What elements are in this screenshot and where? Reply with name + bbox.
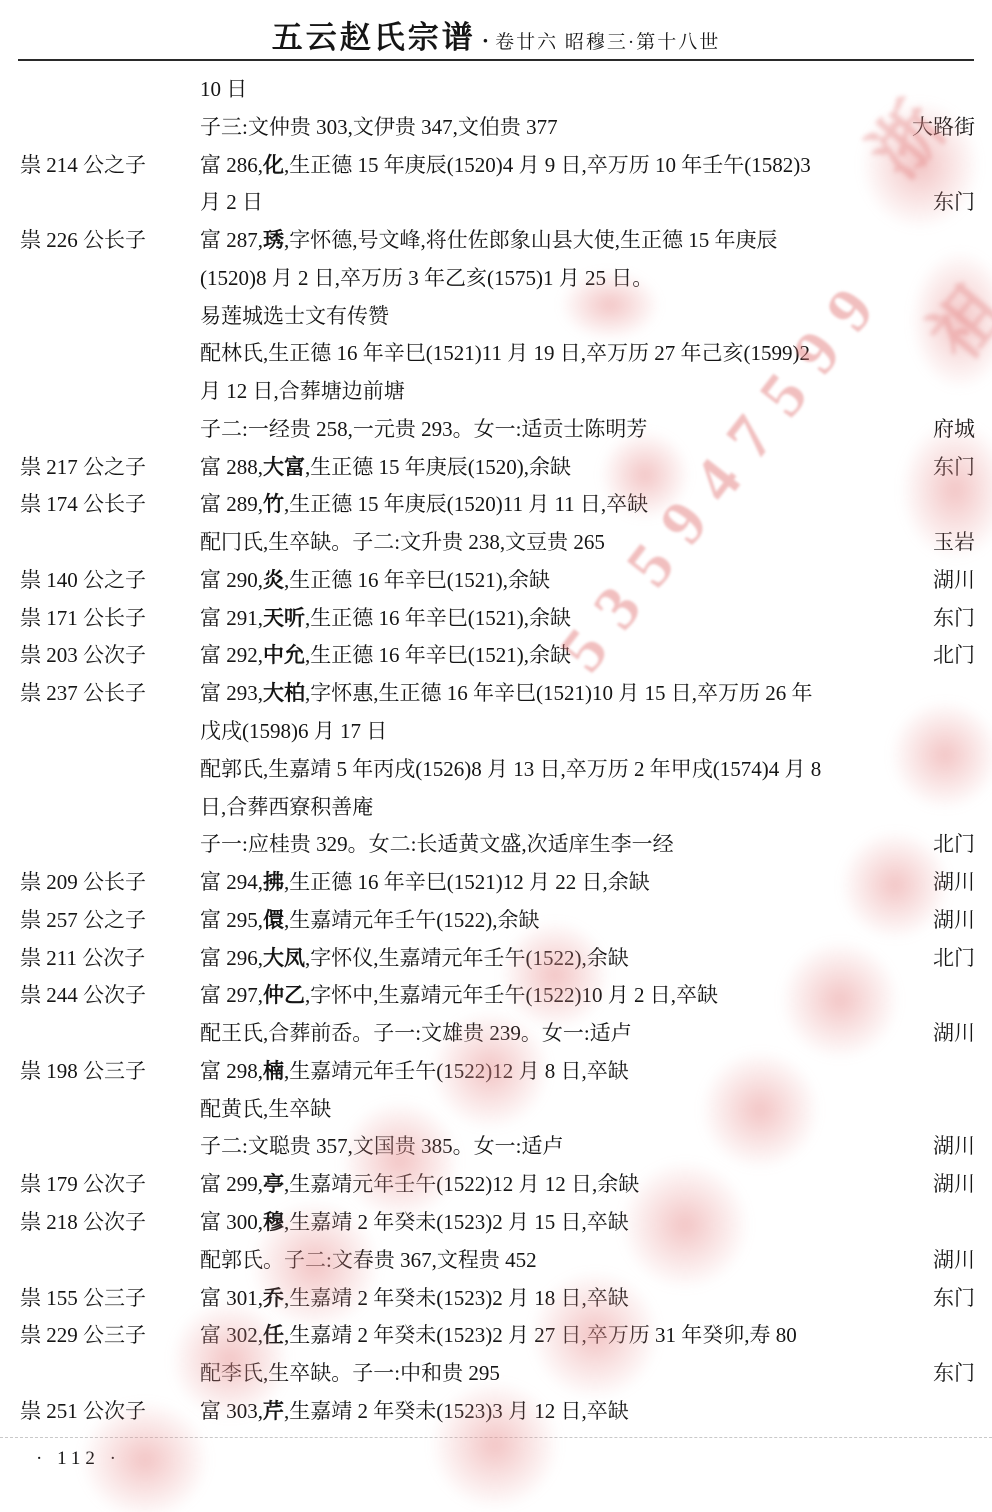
entry-pre: 配林氏,生正德 16 年辛巳(1521)11 月 19 日,卒万历 27 年己亥… [200,341,810,365]
father-ref-label: 祟 229 公三子 [20,1317,146,1355]
person-name: 儇 [263,908,284,932]
entry-text: 富 290,炎,生正德 16 年辛巳(1521),余缺 [200,562,550,600]
person-name: 大凤 [263,946,305,970]
entry-text: 易莲城选士文有传赞 [200,298,389,336]
residence-label: 北门 [933,826,975,864]
entry-pre: 富 300, [200,1210,263,1234]
entry-text: 子一:应桂贵 329。女二:长适黄文盛,次适庠生李一经 [200,826,674,864]
residence-label: 东门 [933,449,975,487]
residence-label: 湖川 [933,864,975,902]
person-name: 化 [263,153,284,177]
entry-text: 富 295,儇,生嘉靖元年壬午(1522),余缺 [200,902,540,940]
person-name: 大柏 [263,681,305,705]
entry-text: (1520)8 月 2 日,卒万历 3 年乙亥(1575)1 月 25 日。 [200,260,653,298]
entry-pre: 富 296, [200,946,263,970]
genealogy-row: 月 12 日,合葬塘边前塘 [0,373,992,411]
entry-pre: 富 302, [200,1323,263,1347]
entry-pre: 富 295, [200,908,263,932]
entry-post: ,生正德 15 年庚辰(1520)4 月 9 日,卒万历 10 年壬午(1582… [284,153,811,177]
entry-pre: (1520)8 月 2 日,卒万历 3 年乙亥(1575)1 月 25 日。 [200,266,653,290]
genealogy-row: 祟 217 公之子 富 288,大富,生正德 15 年庚辰(1520),余缺 东… [0,449,992,487]
father-ref-label: 祟 251 公次子 [20,1393,146,1431]
entry-post: ,生正德 16 年辛巳(1521),余缺 [284,568,550,592]
entry-post: ,生嘉靖元年壬午(1522),余缺 [284,908,540,932]
genealogy-row: 配王氏,合葬前岙。子一:文雄贵 239。女一:适卢 湖川 [0,1015,992,1053]
entry-pre: 富 301, [200,1286,263,1310]
residence-label: 湖川 [933,902,975,940]
person-name: 竹 [263,492,284,516]
entry-post: ,字怀中,生嘉靖元年壬午(1522)10 月 2 日,卒缺 [305,983,718,1007]
genealogy-row: 祟 257 公之子 富 295,儇,生嘉靖元年壬午(1522),余缺 湖川 [0,902,992,940]
genealogy-row: 祟 174 公长子 富 289,竹,生正德 15 年庚辰(1520)11 月 1… [0,486,992,524]
residence-label: 湖川 [933,1015,975,1053]
entry-pre: 配李氏,生卒缺。子一:中和贵 295 [200,1361,500,1385]
entry-text: 月 2 日 [200,184,263,222]
entry-post: ,生正德 15 年庚辰(1520),余缺 [305,455,571,479]
entry-text: 配王氏,合葬前岙。子一:文雄贵 239。女一:适卢 [200,1015,632,1053]
entry-pre: 10 日 [200,77,247,101]
genealogy-row: 祟 198 公三子 富 298,楠,生嘉靖元年壬午(1522)12 月 8 日,… [0,1053,992,1091]
genealogy-row: 配李氏,生卒缺。子一:中和贵 295 东门 [0,1355,992,1393]
entry-text: 配黄氏,生卒缺 [200,1091,331,1129]
person-name: 亭 [263,1172,284,1196]
entry-pre: 富 290, [200,568,263,592]
genealogy-row: 配郭氏。子二:文春贵 367,文程贵 452 湖川 [0,1242,992,1280]
book-title: 五云赵氏宗谱 [272,20,476,55]
entry-post: ,生正德 15 年庚辰(1520)11 月 11 日,卒缺 [284,492,648,516]
entry-pre: 富 297, [200,983,263,1007]
genealogy-row: 祟 171 公长子 富 291,天听,生正德 16 年辛巳(1521),余缺 东… [0,600,992,638]
genealogy-row: 祟 251 公次子 富 303,芹,生嘉靖 2 年癸未(1523)3 月 12 … [0,1393,992,1431]
entry-text: 子二:文聪贵 357,文国贵 385。女一:适卢 [200,1128,563,1166]
entry-text: 子二:一经贵 258,一元贵 293。女一:适贡士陈明芳 [200,411,647,449]
entry-post: ,生嘉靖 2 年癸未(1523)3 月 12 日,卒缺 [284,1399,629,1423]
entry-pre: 配郭氏,生嘉靖 5 年丙戌(1526)8 月 13 日,卒万历 2 年甲戌(15… [200,757,821,781]
father-ref-label: 祟 179 公次子 [20,1166,146,1204]
entry-post: ,生正德 16 年辛巳(1521)12 月 22 日,余缺 [284,870,650,894]
genealogy-row: 祟 179 公次子 富 299,亭,生嘉靖元年壬午(1522)12 月 12 日… [0,1166,992,1204]
person-name: 炎 [263,568,284,592]
residence-label: 玉岩 [933,524,975,562]
genealogy-row: 子三:文仲贵 303,文伊贵 347,文伯贵 377 大路街 [0,109,992,147]
father-ref-label: 祟 217 公之子 [20,449,146,487]
genealogy-row: 子二:文聪贵 357,文国贵 385。女一:适卢 湖川 [0,1128,992,1166]
genealogy-row: 祟 209 公长子 富 294,拂,生正德 16 年辛巳(1521)12 月 2… [0,864,992,902]
entry-text: 月 12 日,合葬塘边前塘 [200,373,405,411]
entry-text: 富 289,竹,生正德 15 年庚辰(1520)11 月 11 日,卒缺 [200,486,648,524]
person-name: 任 [263,1323,284,1347]
entry-text: 富 303,芹,生嘉靖 2 年癸未(1523)3 月 12 日,卒缺 [200,1393,629,1431]
entry-text: 富 288,大富,生正德 15 年庚辰(1520),余缺 [200,449,571,487]
residence-label: 东门 [933,184,975,222]
genealogy-row: 祟 155 公三子 富 301,乔,生嘉靖 2 年癸未(1523)2 月 18 … [0,1280,992,1318]
header-rule [18,59,974,61]
person-name: 天听 [263,606,305,630]
person-name: 仲乙 [263,983,305,1007]
genealogy-row: 祟 211 公次子 富 296,大凤,字怀仪,生嘉靖元年壬午(1522),余缺 … [0,940,992,978]
entry-post: ,生嘉靖元年壬午(1522)12 月 12 日,余缺 [284,1172,639,1196]
entry-pre: 配王氏,合葬前岙。子一:文雄贵 239。女一:适卢 [200,1021,632,1045]
entry-text: 富 297,仲乙,字怀中,生嘉靖元年壬午(1522)10 月 2 日,卒缺 [200,977,718,1015]
father-ref-label: 祟 198 公三子 [20,1053,146,1091]
person-name: 穆 [263,1210,284,1234]
entry-text: 富 299,亭,生嘉靖元年壬午(1522)12 月 12 日,余缺 [200,1166,639,1204]
person-name: 芹 [263,1399,284,1423]
genealogy-row: 祟 140 公之子 富 290,炎,生正德 16 年辛巳(1521),余缺 湖川 [0,562,992,600]
entry-pre: 配郭氏。子二:文春贵 367,文程贵 452 [200,1248,537,1272]
person-name: 大富 [263,455,305,479]
entry-text: 富 286,化,生正德 15 年庚辰(1520)4 月 9 日,卒万历 10 年… [200,147,811,185]
residence-label: 东门 [933,1280,975,1318]
page-header: 五云赵氏宗谱·卷廿六 昭穆三·第十八世 [0,12,992,57]
entry-post: ,生嘉靖 2 年癸未(1523)2 月 15 日,卒缺 [284,1210,629,1234]
father-ref-label: 祟 237 公长子 [20,675,146,713]
entry-text: 戊戌(1598)6 月 17 日 [200,713,387,751]
entry-text: 富 294,拂,生正德 16 年辛巳(1521)12 月 22 日,余缺 [200,864,650,902]
father-ref-label: 祟 171 公长子 [20,600,146,638]
residence-label: 东门 [933,600,975,638]
entry-pre: 富 287, [200,228,263,252]
entry-post: ,生嘉靖元年壬午(1522)12 月 8 日,卒缺 [284,1059,629,1083]
genealogy-row: 祟 237 公长子 富 293,大柏,字怀惠,生正德 16 年辛巳(1521)1… [0,675,992,713]
entry-pre: 配冂氏,生卒缺。子二:文升贵 238,文豆贵 265 [200,530,605,554]
residence-label: 北门 [933,637,975,675]
genealogy-row: 10 日 [0,71,992,109]
entry-text: 富 291,天听,生正德 16 年辛巳(1521),余缺 [200,600,571,638]
genealogy-row: 配黄氏,生卒缺 [0,1091,992,1129]
father-ref-label: 祟 155 公三子 [20,1280,146,1318]
entry-pre: 子三:文仲贵 303,文伊贵 347,文伯贵 377 [200,115,558,139]
entry-pre: 富 294, [200,870,263,894]
residence-label: 东门 [933,1355,975,1393]
person-name: 拂 [263,870,284,894]
entry-text: 日,合葬西寮积善庵 [200,789,373,827]
genealogy-page: 五云赵氏宗谱·卷廿六 昭穆三·第十八世 10 日 子三:文仲贵 303,文伊贵 … [0,0,992,1512]
entry-text: 配冂氏,生卒缺。子二:文升贵 238,文豆贵 265 [200,524,605,562]
father-ref-label: 祟 211 公次子 [20,940,145,978]
entry-text: 富 287,琇,字怀德,号文峰,将仕佐郎象山县大使,生正德 15 年庚辰 [200,222,778,260]
person-name: 楠 [263,1059,284,1083]
entry-pre: 月 12 日,合葬塘边前塘 [200,379,405,403]
entry-pre: 富 291, [200,606,263,630]
rows: 10 日 子三:文仲贵 303,文伊贵 347,文伯贵 377 大路街 祟 21… [0,71,992,1431]
entry-pre: 富 292, [200,643,263,667]
entry-text: 配林氏,生正德 16 年辛巳(1521)11 月 19 日,卒万历 27 年己亥… [200,335,810,373]
father-ref-label: 祟 214 公之子 [20,147,146,185]
genealogy-row: 易莲城选士文有传赞 [0,298,992,336]
entry-pre: 配黄氏,生卒缺 [200,1097,331,1121]
entry-pre: 日,合葬西寮积善庵 [200,795,373,819]
entry-text: 配李氏,生卒缺。子一:中和贵 295 [200,1355,500,1393]
father-ref-label: 祟 226 公长子 [20,222,146,260]
entry-post: ,字怀惠,生正德 16 年辛巳(1521)10 月 15 日,卒万历 26 年 [305,681,813,705]
genealogy-row: 祟 226 公长子 富 287,琇,字怀德,号文峰,将仕佐郎象山县大使,生正德 … [0,222,992,260]
person-name: 中允 [263,643,305,667]
entry-text: 子三:文仲贵 303,文伊贵 347,文伯贵 377 [200,109,558,147]
entry-text: 富 302,任,生嘉靖 2 年癸未(1523)2 月 27 日,卒万历 31 年… [200,1317,797,1355]
entry-pre: 富 286, [200,153,263,177]
residence-label: 湖川 [933,1128,975,1166]
entry-post: ,字怀仪,生嘉靖元年壬午(1522),余缺 [305,946,629,970]
entry-text: 富 293,大柏,字怀惠,生正德 16 年辛巳(1521)10 月 15 日,卒… [200,675,813,713]
entry-post: ,字怀德,号文峰,将仕佐郎象山县大使,生正德 15 年庚辰 [284,228,778,252]
entry-text: 10 日 [200,71,247,109]
entry-pre: 富 289, [200,492,263,516]
father-ref-label: 祟 203 公次子 [20,637,146,675]
father-ref-label: 祟 140 公之子 [20,562,146,600]
residence-label: 湖川 [933,1166,975,1204]
genealogy-row: 子一:应桂贵 329。女二:长适黄文盛,次适庠生李一经 北门 [0,826,992,864]
father-ref-label: 祟 209 公长子 [20,864,146,902]
residence-label: 大路街 [912,109,975,147]
genealogy-row: 祟 203 公次子 富 292,中允,生正德 16 年辛巳(1521),余缺 北… [0,637,992,675]
residence-label: 湖川 [933,562,975,600]
genealogy-row: 祟 229 公三子 富 302,任,生嘉靖 2 年癸未(1523)2 月 27 … [0,1317,992,1355]
genealogy-row: 配冂氏,生卒缺。子二:文升贵 238,文豆贵 265 玉岩 [0,524,992,562]
entry-pre: 月 2 日 [200,190,263,214]
entry-text: 配郭氏。子二:文春贵 367,文程贵 452 [200,1242,537,1280]
entry-pre: 富 303, [200,1399,263,1423]
entry-pre: 子二:一经贵 258,一元贵 293。女一:适贡士陈明芳 [200,417,647,441]
genealogy-row: 祟 244 公次子 富 297,仲乙,字怀中,生嘉靖元年壬午(1522)10 月… [0,977,992,1015]
entry-post: ,生正德 16 年辛巳(1521),余缺 [305,606,571,630]
entry-text: 富 300,穆,生嘉靖 2 年癸未(1523)2 月 15 日,卒缺 [200,1204,629,1242]
entry-pre: 戊戌(1598)6 月 17 日 [200,719,387,743]
entry-text: 富 301,乔,生嘉靖 2 年癸未(1523)2 月 18 日,卒缺 [200,1280,629,1318]
entry-pre: 子一:应桂贵 329。女二:长适黄文盛,次适庠生李一经 [200,832,674,856]
genealogy-row: 配郭氏,生嘉靖 5 年丙戌(1526)8 月 13 日,卒万历 2 年甲戌(15… [0,751,992,789]
entry-pre: 子二:文聪贵 357,文国贵 385。女一:适卢 [200,1134,563,1158]
residence-label: 府城 [933,411,975,449]
volume-subtitle: 卷廿六 昭穆三·第十八世 [495,32,720,53]
father-ref-label: 祟 244 公次子 [20,977,146,1015]
page-number: · 112 · [36,1448,121,1470]
entry-post: ,生嘉靖 2 年癸未(1523)2 月 27 日,卒万历 31 年癸卯,寿 80 [284,1323,797,1347]
genealogy-row: 祟 218 公次子 富 300,穆,生嘉靖 2 年癸未(1523)2 月 15 … [0,1204,992,1242]
title-separator-dot: · [476,28,495,53]
residence-label: 北门 [933,940,975,978]
entry-text: 富 296,大凤,字怀仪,生嘉靖元年壬午(1522),余缺 [200,940,629,978]
entry-pre: 富 288, [200,455,263,479]
entry-pre: 富 293, [200,681,263,705]
entry-text: 配郭氏,生嘉靖 5 年丙戌(1526)8 月 13 日,卒万历 2 年甲戌(15… [200,751,821,789]
genealogy-row: 配林氏,生正德 16 年辛巳(1521)11 月 19 日,卒万历 27 年己亥… [0,335,992,373]
father-ref-label: 祟 257 公之子 [20,902,146,940]
genealogy-row: (1520)8 月 2 日,卒万历 3 年乙亥(1575)1 月 25 日。 [0,260,992,298]
entry-post: ,生嘉靖 2 年癸未(1523)2 月 18 日,卒缺 [284,1286,629,1310]
genealogy-row: 祟 214 公之子 富 286,化,生正德 15 年庚辰(1520)4 月 9 … [0,147,992,185]
entry-text: 富 298,楠,生嘉靖元年壬午(1522)12 月 8 日,卒缺 [200,1053,629,1091]
entry-pre: 富 299, [200,1172,263,1196]
father-ref-label: 祟 174 公长子 [20,486,146,524]
residence-label: 湖川 [933,1242,975,1280]
genealogy-row: 月 2 日 东门 [0,184,992,222]
person-name: 乔 [263,1286,284,1310]
entry-pre: 易莲城选士文有传赞 [200,304,389,328]
entry-pre: 富 298, [200,1059,263,1083]
genealogy-row: 日,合葬西寮积善庵 [0,789,992,827]
footer-rule [0,1437,992,1438]
person-name: 琇 [263,228,284,252]
entry-post: ,生正德 16 年辛巳(1521),余缺 [305,643,571,667]
father-ref-label: 祟 218 公次子 [20,1204,146,1242]
genealogy-row: 戊戌(1598)6 月 17 日 [0,713,992,751]
genealogy-row: 子二:一经贵 258,一元贵 293。女一:适贡士陈明芳 府城 [0,411,992,449]
entry-text: 富 292,中允,生正德 16 年辛巳(1521),余缺 [200,637,571,675]
